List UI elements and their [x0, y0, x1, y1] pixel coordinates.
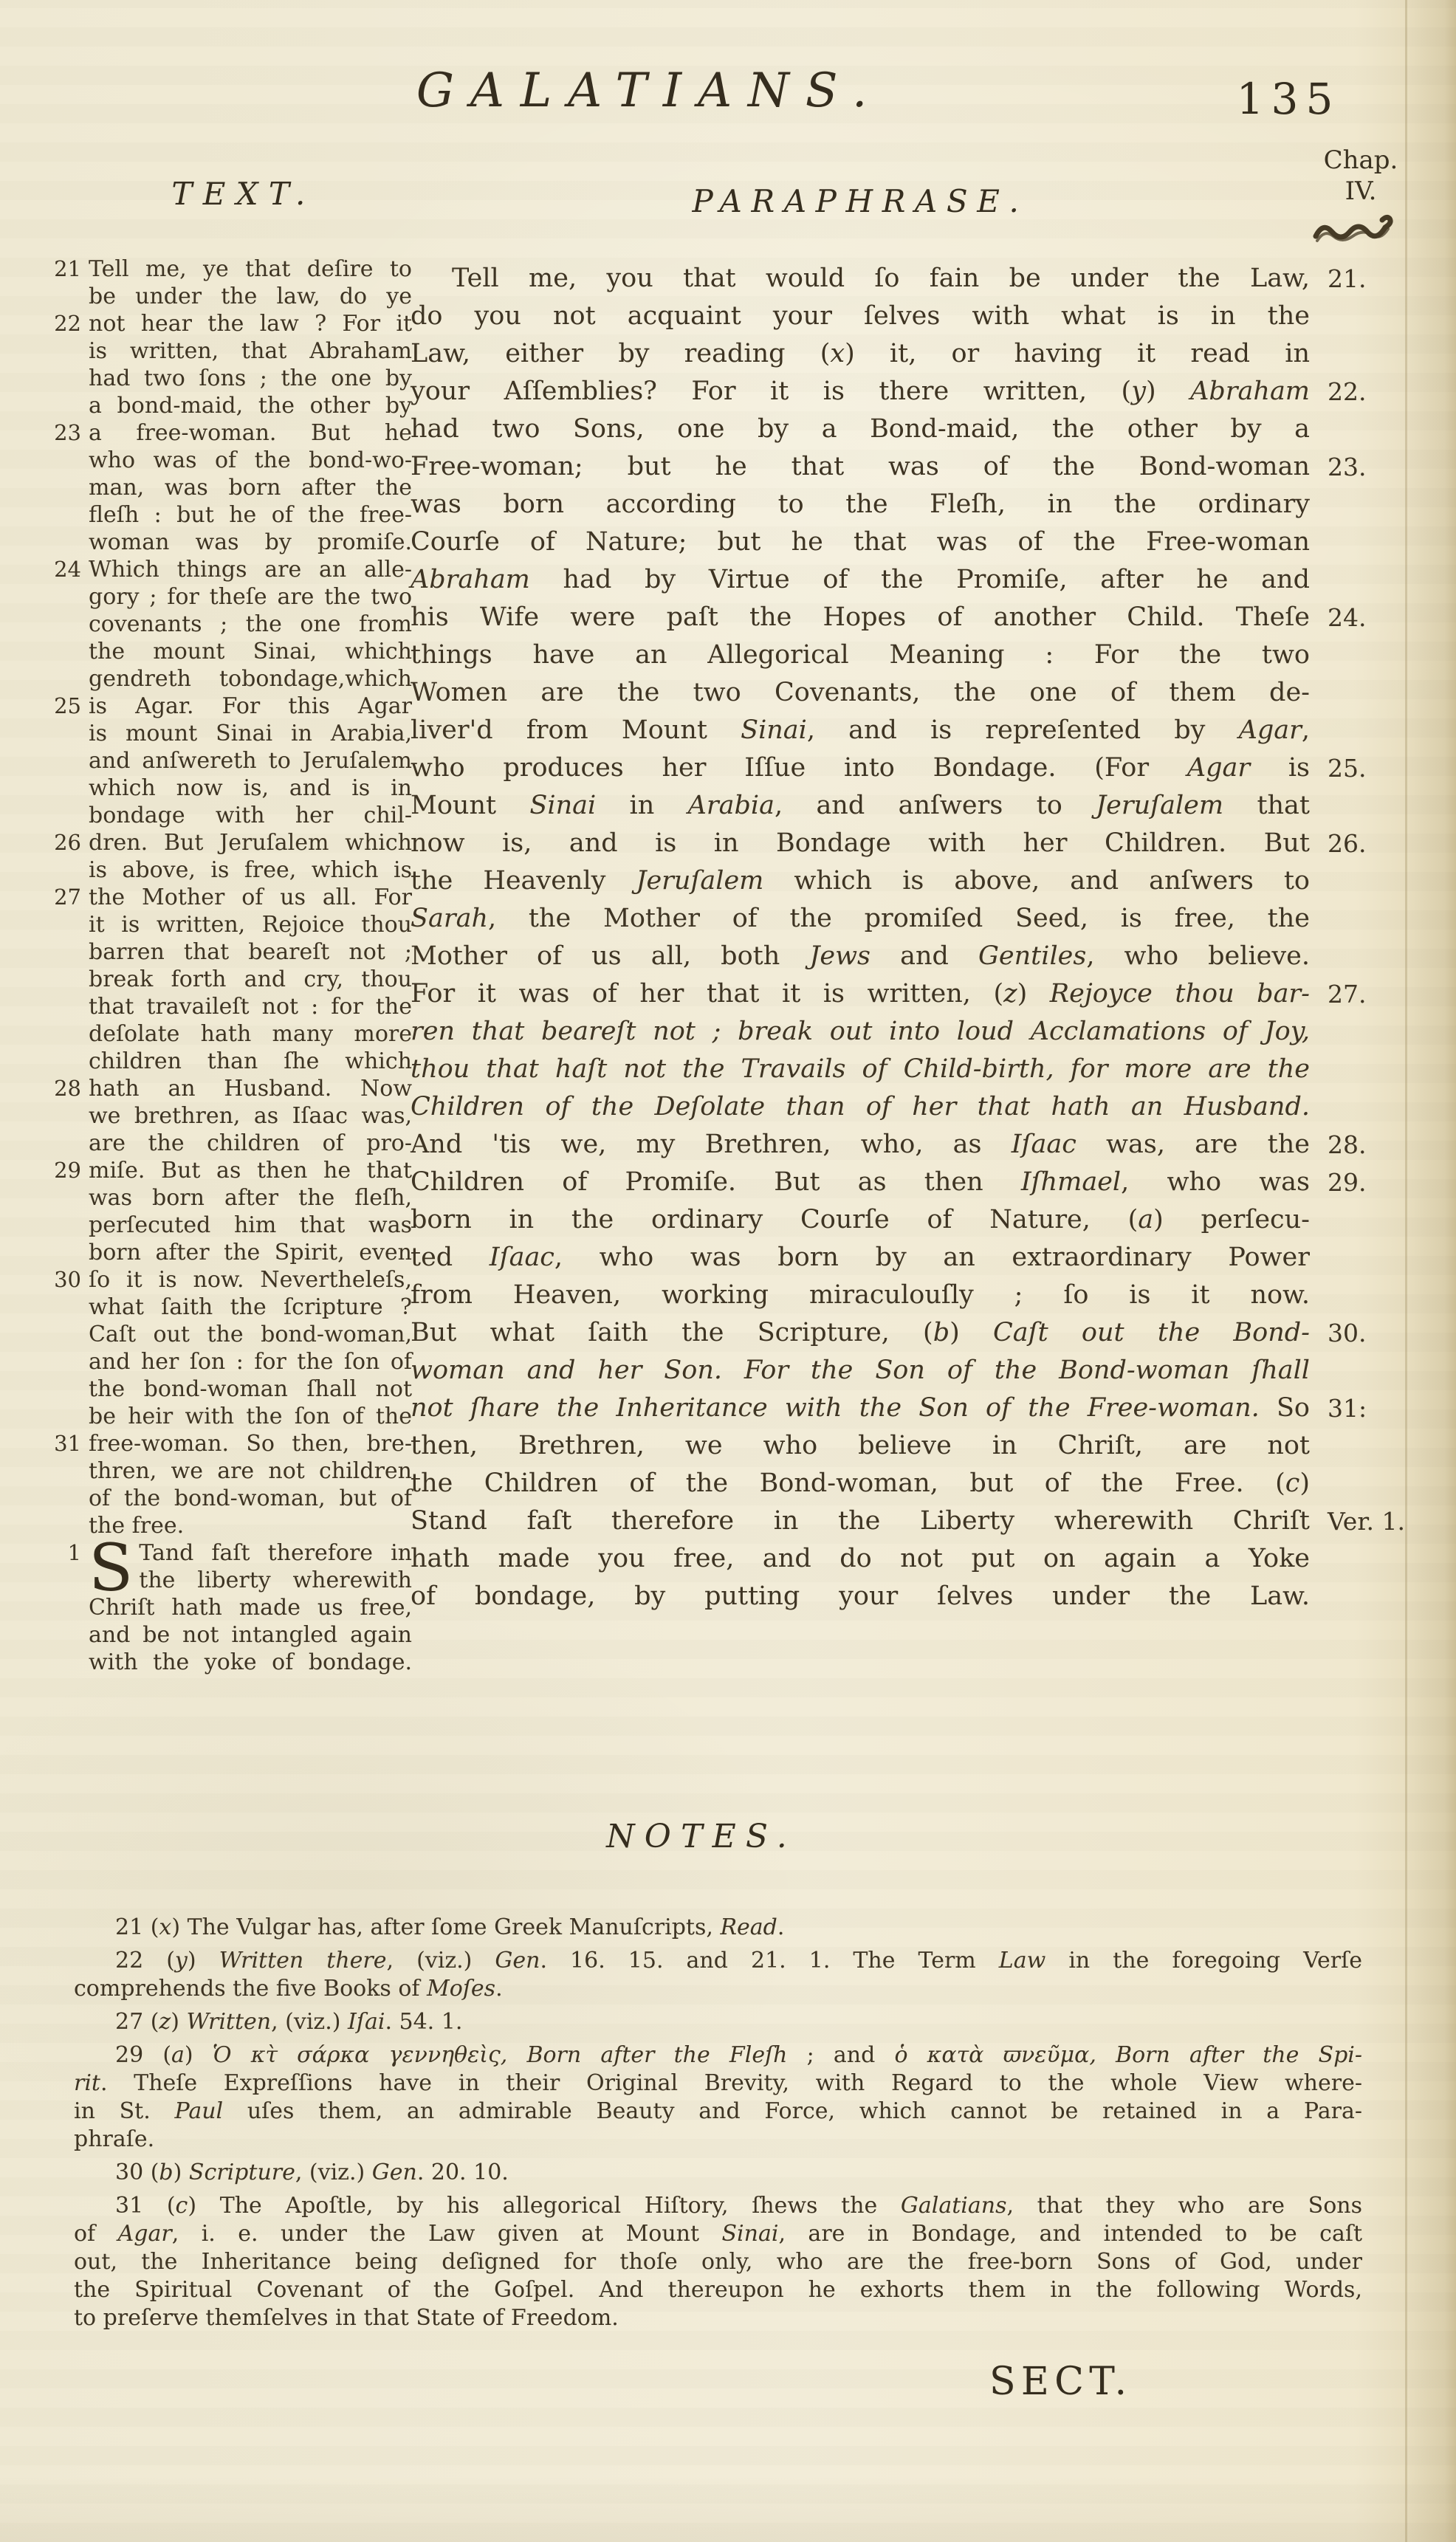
- italic-text: Agar: [118, 2221, 172, 2247]
- italic-text: Sinai: [741, 715, 807, 745]
- roman-text: 29 (: [115, 2042, 171, 2068]
- roman-text: your Aſſemblies? For it is there written…: [411, 377, 1131, 406]
- paraphrase-line-text: hath made you free, and do not put on ag…: [411, 1540, 1310, 1578]
- italic-text: Scripture: [189, 2160, 295, 2185]
- italic-text: Iſai: [348, 2009, 385, 2035]
- roman-text: , (viz.): [387, 1948, 495, 1974]
- text-line: that travaileſt not : for the: [89, 993, 412, 1020]
- paraphrase-line: Free-woman; but he that was of the Bond-…: [411, 448, 1310, 486]
- roman-text: do you not acquaint your ſelves with wha…: [411, 301, 1310, 331]
- roman-text: and her ſon : for the ſon of: [89, 1349, 412, 1375]
- paraphrase-line: For it was of her that it is written, (z…: [411, 975, 1310, 1013]
- paraphrase-line: Mother of us all, both Jews and Gentiles…: [411, 938, 1310, 975]
- paraphrase-line-text: things have an Allegorical Meaning : For…: [411, 636, 1310, 674]
- note-paragraph: 22 (y) Written there, (viz.) Gen. 16. 15…: [74, 1947, 1362, 2003]
- italic-text: z: [159, 2009, 171, 2035]
- roman-text: of bondage, by putting your ſelves under…: [411, 1581, 1310, 1611]
- paraphrase-line: the Heavenly Jeruſalem which is above, a…: [411, 862, 1310, 900]
- verse-text: dren. But Jeruſalem whichis above, is fr…: [89, 829, 412, 884]
- italic-text: a: [1138, 1205, 1153, 1234]
- text-line: fleſh : but he of the free-: [89, 501, 412, 529]
- roman-text: Chriſt hath made us free,: [89, 1595, 412, 1621]
- roman-text: gory ; for theſe are the two: [89, 584, 412, 610]
- italic-text: Ὁ κτ̀ σάρκα γεννηθεὶς, Born after the Fl…: [213, 2042, 788, 2068]
- verse-text: Tell me, ye that deſire tobe under the l…: [89, 255, 412, 310]
- text-line: a free-woman. But he: [89, 419, 412, 447]
- roman-text: had by Virtue of the Promiſe, after he a…: [530, 565, 1310, 594]
- roman-text: Mount: [411, 791, 529, 820]
- paraphrase-line-text: his Wife were paſt the Hopes of another …: [411, 599, 1310, 636]
- verse-number: 25: [43, 693, 89, 829]
- roman-text: But what ſaith the Scripture, (: [411, 1318, 933, 1347]
- roman-text: and anſwereth to Jeruſalem: [89, 748, 412, 774]
- roman-text: ): [174, 2160, 189, 2185]
- text-line: woman was by promiſe.: [89, 529, 412, 556]
- paraphrase-line: who produces her Iſſue into Bondage. (Fo…: [411, 749, 1310, 787]
- roman-text: and: [870, 941, 978, 971]
- note-paragraph: 30 (b) Scripture, (viz.) Gen. 20. 10.: [74, 2159, 1362, 2187]
- roman-text: Which things are an alle-: [89, 557, 412, 583]
- roman-text: man, was born after the: [89, 475, 412, 501]
- roman-text: barren that beareſt not ;: [89, 939, 412, 965]
- italic-text: z: [1003, 979, 1017, 1009]
- paraphrase-line: woman and her Son. For the Son of the Bo…: [411, 1352, 1310, 1389]
- roman-text: his Wife were paſt the Hopes of another …: [411, 602, 1310, 632]
- verse-block: 23a free-woman. But hewho was of the bon…: [43, 419, 412, 556]
- italic-text: thou that haſt not the Travails of Child…: [411, 1054, 1310, 1084]
- roman-text: Stand faſt therefore in the Liberty wher…: [411, 1506, 1310, 1536]
- text-line: thren, we are not children: [89, 1457, 412, 1485]
- text-column-heading: TEXT.: [66, 176, 421, 212]
- paraphrase-line-text: do you not acquaint your ſelves with wha…: [411, 298, 1310, 335]
- paraphrase-line: born in the ordinary Courſe of Nature, (…: [411, 1201, 1310, 1239]
- note-paragraph: 31 (c) The Apoſtle, by his allegorical H…: [74, 2192, 1362, 2332]
- italic-text: Jews: [809, 941, 870, 971]
- roman-text: ): [1146, 377, 1190, 406]
- roman-text: the Mother of us all. For: [89, 884, 412, 910]
- text-line: and be not intangled again: [89, 1621, 412, 1649]
- roman-text: had two Sons, one by a Bond-maid, the ot…: [411, 414, 1310, 444]
- paraphrase-line: Sarah, the Mother of the promiſed Seed, …: [411, 900, 1310, 938]
- roman-text: of: [74, 2221, 118, 2247]
- roman-text: . 20. 10.: [417, 2160, 509, 2185]
- verse-number: 23: [43, 419, 89, 556]
- paraphrase-line-text: Abraham had by Virtue of the Promiſe, af…: [411, 561, 1310, 599]
- italic-text: Jeruſalem: [1096, 791, 1223, 820]
- italic-text: not ſhare the Inheritance with the Son o…: [411, 1393, 1260, 1423]
- roman-text: , and is repreſented by: [807, 715, 1239, 745]
- paraphrase-line: do you not acquaint your ſelves with wha…: [411, 298, 1310, 335]
- italic-text: y: [175, 1948, 188, 1974]
- roman-text: , and anſwers to: [775, 791, 1096, 820]
- roman-text: , who believe.: [1086, 941, 1310, 971]
- paraphrase-line-text: Tell me, you that would ſo fain be under…: [411, 260, 1310, 298]
- italic-text: Galatians: [901, 2193, 1007, 2219]
- roman-text: that travaileſt not : for the: [89, 994, 412, 1020]
- text-line: be heir with the ſon of the: [89, 1403, 412, 1430]
- italic-text: Agar: [1239, 715, 1302, 745]
- text-line: bondage with her chil-: [89, 802, 412, 829]
- verse-text: free-woman. So then, bre-thren, we are n…: [89, 1430, 412, 1539]
- roman-text: , i. e. under the Law given at Mount: [172, 2221, 722, 2247]
- paraphrase-line: was born according to the Fleſh, in the …: [411, 486, 1310, 523]
- text-line: covenants ; the one from: [89, 611, 412, 638]
- roman-text: . 16. 15. and 21. 1. The Term: [540, 1948, 998, 1974]
- text-line: not hear the law ? For it: [89, 310, 412, 337]
- roman-text: was born after the fleſh,: [89, 1185, 412, 1211]
- text-line: which now is, and is in: [89, 774, 412, 802]
- italic-text: Gen: [495, 1948, 540, 1974]
- roman-text: bondage with her chil-: [89, 803, 412, 828]
- roman-text: . Theſe Expreſſions have in their Origin…: [100, 2070, 1362, 2096]
- note-paragraph: 29 (a) Ὁ κτ̀ σάρκα γεννηθεὶς, Born after…: [74, 2041, 1362, 2154]
- roman-text: hath made you free, and do not put on ag…: [411, 1544, 1310, 1573]
- paraphrase-line-text: liver'd from Mount Sinai, and is repreſe…: [411, 712, 1310, 749]
- book-page-scan: GALATIANS. 135 Chap. IV. TEXT. PARAPHRAS…: [0, 0, 1456, 2542]
- roman-text: , that they who are Sons: [1006, 2193, 1362, 2219]
- text-line: gory ; for theſe are the two: [89, 583, 412, 611]
- italic-text: Paul: [175, 2098, 224, 2124]
- italic-text: Law: [999, 1948, 1046, 1974]
- roman-text: ſo it is now. Nevertheleſs,: [89, 1267, 412, 1293]
- italic-text: x: [159, 1914, 171, 1940]
- paraphrase-line-text: But what ſaith the Scripture, (b) Caſt o…: [411, 1314, 1310, 1352]
- paraphrase-line: things have an Allegorical Meaning : For…: [411, 636, 1310, 674]
- roman-text: is written, that Abraham: [89, 338, 412, 364]
- italic-text: Caſt out the Bond-: [993, 1318, 1310, 1347]
- roman-text: , (viz.): [295, 2160, 372, 2185]
- verse-block: 30ſo it is now. Nevertheleſs,what ſaith …: [43, 1266, 412, 1430]
- roman-text: ) The Apoſtle, by his allegorical Hiſtor…: [188, 2193, 901, 2219]
- roman-text: is: [1250, 753, 1310, 783]
- roman-text: 21 (: [115, 1914, 159, 1940]
- paraphrase-line-text: your Aſſemblies? For it is there written…: [411, 373, 1310, 411]
- text-line: are the children of pro-: [89, 1130, 412, 1157]
- roman-text: Tand faſt therefore in: [139, 1540, 412, 1566]
- roman-text: Women are the two Covenants, the one of …: [411, 678, 1310, 707]
- roman-text: with the yoke of bondage.: [89, 1649, 412, 1675]
- roman-text: ): [950, 1318, 993, 1347]
- paraphrase-line-text: Mount Sinai in Arabia, and anſwers to Je…: [411, 787, 1310, 825]
- italic-text: x: [830, 339, 845, 368]
- roman-text: born in the ordinary Courſe of Nature, (: [411, 1205, 1138, 1234]
- roman-text: is Agar. For this Agar: [89, 693, 412, 719]
- paraphrase-line: Stand faſt therefore in the Liberty wher…: [411, 1502, 1310, 1540]
- paraphrase-line: his Wife were paſt the Hopes of another …: [411, 599, 1310, 636]
- text-line: was born after the fleſh,: [89, 1184, 412, 1212]
- italic-text: c: [176, 2193, 188, 2219]
- text-line: with the yoke of bondage.: [89, 1649, 412, 1676]
- text-line: the free.: [89, 1512, 412, 1539]
- paraphrase-line: had two Sons, one by a Bond-maid, the ot…: [411, 411, 1310, 448]
- italic-text: Iſaac: [1012, 1130, 1076, 1159]
- roman-text: ) it, or having it read in: [845, 339, 1310, 368]
- italic-text: woman and her Son. For the Son of the Bo…: [411, 1356, 1310, 1385]
- roman-text: a bond-maid, the other by: [89, 393, 412, 419]
- roman-text: Courſe of Nature; but he that was of the…: [411, 527, 1310, 557]
- paraphrase-line: your Aſſemblies? For it is there written…: [411, 373, 1310, 411]
- paraphrase-line: hath made you free, and do not put on ag…: [411, 1540, 1310, 1578]
- text-line: deſolate hath many more: [89, 1020, 412, 1048]
- roman-text: 31 (: [115, 2193, 176, 2219]
- roman-text: , who was: [1121, 1167, 1310, 1197]
- note-line: of Agar, i. e. under the Law given at Mo…: [74, 2220, 1362, 2248]
- verse-number: 27: [43, 884, 89, 1075]
- text-line: Caſt out the bond-woman,: [89, 1321, 412, 1348]
- paraphrase-column-body: Tell me, you that would ſo fain be under…: [411, 260, 1310, 1615]
- text-line: is Agar. For this Agar: [89, 693, 412, 720]
- text-line: miſe. But as then he that: [89, 1157, 412, 1184]
- roman-text: covenants ; the one from: [89, 611, 412, 637]
- roman-text: children than ſhe which: [89, 1048, 412, 1074]
- text-column-body: 21Tell me, ye that deſire tobe under the…: [43, 255, 412, 1676]
- paraphrase-line-text: Stand faſt therefore in the Liberty wher…: [411, 1502, 1310, 1540]
- text-line: is above, is free, which is: [89, 856, 412, 884]
- roman-text: in St.: [74, 2098, 175, 2124]
- roman-text: free-woman. So then, bre-: [89, 1431, 412, 1457]
- text-line: children than ſhe which: [89, 1048, 412, 1075]
- verse-block: 22not hear the law ? For itis written, t…: [43, 310, 412, 419]
- roman-text: Mother of us all, both: [411, 941, 809, 971]
- roman-text: that: [1223, 791, 1310, 820]
- roman-text: So: [1260, 1393, 1310, 1423]
- note-line: 27 (z) Written, (viz.) Iſai. 54. 1.: [74, 2008, 1362, 2036]
- paraphrase-line: thou that haſt not the Travails of Child…: [411, 1051, 1310, 1088]
- text-line: barren that beareſt not ;: [89, 938, 412, 966]
- paraphrase-line-text: ren that beareſt not ; break out into lo…: [411, 1013, 1310, 1051]
- roman-text: now is, and is in Bondage with her Child…: [411, 828, 1310, 858]
- italic-text: rit: [74, 2070, 100, 2096]
- roman-text: Tell me, ye that deſire to: [89, 256, 412, 282]
- roman-text: of the bond-woman, but of: [89, 1485, 412, 1511]
- text-line: who was of the bond-wo-: [89, 447, 412, 474]
- roman-text: in the foregoing Verſe: [1045, 1948, 1362, 1974]
- note-line: phraſe.: [74, 2126, 1362, 2154]
- verse-block: 26dren. But Jeruſalem whichis above, is …: [43, 829, 412, 884]
- roman-text: out, the Inheritance being deſigned for …: [74, 2249, 1362, 2275]
- verse-text: a free-woman. But hewho was of the bond-…: [89, 419, 412, 556]
- text-line: Which things are an alle-: [89, 556, 412, 583]
- italic-text: Children of the Deſolate than of her tha…: [411, 1092, 1310, 1121]
- verse-text: is Agar. For this Agaris mount Sinai in …: [89, 693, 412, 829]
- text-line: born after the Spirit, even: [89, 1239, 412, 1266]
- note-line: 22 (y) Written there, (viz.) Gen. 16. 15…: [74, 1947, 1362, 1975]
- italic-text: y: [1131, 377, 1146, 406]
- roman-text: deſolate hath many more: [89, 1021, 412, 1047]
- text-line: is written, that Abraham: [89, 337, 412, 365]
- text-line: of the bond-woman, but of: [89, 1485, 412, 1512]
- text-line: it is written, Rejoice thou: [89, 911, 412, 938]
- note-line: 31 (c) The Apoſtle, by his allegorical H…: [74, 2192, 1362, 2220]
- roman-text: miſe. But as then he that: [89, 1158, 412, 1184]
- text-line: the Mother of us all. For: [89, 884, 412, 911]
- text-line: a bond-maid, the other by: [89, 392, 412, 419]
- roman-text: what ſaith the ſcripture ?: [89, 1294, 412, 1320]
- roman-text: , (viz.): [271, 2009, 348, 2035]
- note-line: out, the Inheritance being deſigned for …: [74, 2248, 1362, 2276]
- roman-text: ): [185, 2042, 213, 2068]
- roman-text: born after the Spirit, even: [89, 1240, 412, 1265]
- roman-text: hath an Husband. Now: [89, 1076, 412, 1102]
- chapter-label: Chap.: [1305, 145, 1416, 176]
- roman-text: Tell me, you that would ſo fain be under…: [452, 264, 1310, 293]
- roman-text: For it was of her that it is written, (: [411, 979, 1003, 1009]
- paraphrase-line-text: born in the ordinary Courſe of Nature, (…: [411, 1201, 1310, 1239]
- paraphrase-line: But what ſaith the Scripture, (b) Caſt o…: [411, 1314, 1310, 1352]
- text-line: free-woman. So then, bre-: [89, 1430, 412, 1457]
- paraphrase-line-text: had two Sons, one by a Bond-maid, the ot…: [411, 411, 1310, 448]
- italic-text: Gentiles: [978, 941, 1086, 971]
- italic-text: Gen: [372, 2160, 417, 2185]
- paraphrase-line-text: of bondage, by putting your ſelves under…: [411, 1578, 1310, 1615]
- paraphrase-line-text: then, Brethren, we who believe in Chriſt…: [411, 1427, 1310, 1465]
- roman-text: ,: [1302, 715, 1310, 745]
- roman-text: , are in Bondage, and intended to be caſ…: [778, 2221, 1362, 2247]
- verse-block: 24Which things are an alle-gory ; for th…: [43, 556, 412, 693]
- page-title: GALATIANS.: [295, 63, 1004, 118]
- roman-text: Children of Promiſe. But as then: [411, 1167, 1021, 1197]
- paraphrase-line-text: who produces her Iſſue into Bondage. (Fo…: [411, 749, 1310, 787]
- verse-text: not hear the law ? For itis written, tha…: [89, 310, 412, 419]
- italic-text: b: [933, 1318, 950, 1347]
- text-line: gendreth tobondage,which: [89, 665, 412, 693]
- note-line: comprehends the five Books of Moſes.: [74, 1975, 1362, 2003]
- italic-text: Agar: [1187, 753, 1250, 783]
- text-line: ſo it is now. Nevertheleſs,: [89, 1266, 412, 1294]
- paraphrase-line-text: Women are the two Covenants, the one of …: [411, 674, 1310, 712]
- paraphrase-line-text: Mother of us all, both Jews and Gentiles…: [411, 938, 1310, 975]
- italic-text: Read: [720, 1914, 777, 1940]
- text-line: Chriſt hath made us free,: [89, 1594, 412, 1621]
- text-line: hath an Husband. Now: [89, 1075, 412, 1102]
- roman-text: to preſerve themſelves in that State of …: [74, 2305, 619, 2331]
- roman-text: from Heaven, working miraculouſly ; ſo i…: [411, 1280, 1310, 1310]
- italic-text: Abraham: [411, 565, 530, 594]
- note-line: the Spiritual Covenant of the Goſpel. An…: [74, 2276, 1362, 2304]
- verse-number: 24: [43, 556, 89, 693]
- paraphrase-line-text: woman and her Son. For the Son of the Bo…: [411, 1352, 1310, 1389]
- text-line: Tell me, ye that deſire to: [89, 255, 412, 283]
- page-bottom-shading: [0, 2476, 1456, 2542]
- roman-text: we brethren, as Iſaac was,: [89, 1103, 412, 1129]
- paraphrase-line-text: For it was of her that it is written, (z…: [411, 975, 1310, 1013]
- note-line: in St. Paul uſes them, an admirable Beau…: [74, 2098, 1362, 2126]
- paraphrase-line-text: ted Iſaac, who was born by an extraordin…: [411, 1239, 1310, 1277]
- roman-text: the bond-woman ſhall not: [89, 1376, 412, 1402]
- roman-text: uſes them, an admirable Beauty and Force…: [223, 2098, 1362, 2124]
- verse-number: 26: [43, 829, 89, 884]
- paraphrase-line: ren that beareſt not ; break out into lo…: [411, 1013, 1310, 1051]
- roman-text: who produces her Iſſue into Bondage. (Fo…: [411, 753, 1187, 783]
- verse-text: the Mother of us all. Forit is written, …: [89, 884, 412, 1075]
- roman-text: .: [777, 1914, 785, 1940]
- verse-number: 21: [43, 255, 89, 310]
- roman-text: the Heavenly: [411, 866, 636, 896]
- roman-text: be under the law, do ye: [89, 284, 412, 309]
- text-line: the bond-woman ſhall not: [89, 1375, 412, 1403]
- paraphrase-line: now is, and is in Bondage with her Child…: [411, 825, 1310, 862]
- roman-text: ted: [411, 1243, 490, 1272]
- paraphrase-line-text: And 'tis we, my Brethren, who, as Iſaac …: [411, 1126, 1310, 1164]
- italic-text: Moſes: [427, 1976, 495, 2002]
- roman-text: ) The Vulgar has, after ſome Greek Manuſ…: [171, 1914, 720, 1940]
- paraphrase-line-text: the Children of the Bond-woman, but of t…: [411, 1465, 1310, 1502]
- roman-text: ): [188, 1948, 219, 1974]
- roman-text: is mount Sinai in Arabia,: [89, 721, 412, 746]
- verse-number: 31: [43, 1430, 89, 1539]
- catchword: SECT.: [989, 2360, 1132, 2404]
- italic-text: c: [1285, 1468, 1300, 1498]
- roman-text: which now is, and is in: [89, 775, 412, 801]
- verse-block: 21Tell me, ye that deſire tobe under the…: [43, 255, 412, 310]
- verse-block: 31free-woman. So then, bre-thren, we are…: [43, 1430, 412, 1539]
- text-line: the mount Sinai, which: [89, 638, 412, 665]
- roman-text: had two ſons ; the one by: [89, 365, 412, 391]
- text-line: be under the law, do ye: [89, 283, 412, 310]
- verse-number: 30: [43, 1266, 89, 1430]
- roman-text: . 54. 1.: [385, 2009, 462, 2035]
- paraphrase-line: liver'd from Mount Sinai, and is repreſe…: [411, 712, 1310, 749]
- paraphrase-line-text: not ſhare the Inheritance with the Son o…: [411, 1389, 1310, 1427]
- verse-text: Which things are an alle-gory ; for theſ…: [89, 556, 412, 693]
- paraphrase-line: Women are the two Covenants, the one of …: [411, 674, 1310, 712]
- roman-text: dren. But Jeruſalem which: [89, 830, 412, 856]
- roman-text: ): [1017, 979, 1050, 1009]
- paraphrase-line-text: Free-woman; but he that was of the Bond-…: [411, 448, 1310, 486]
- paraphrase-line: from Heaven, working miraculouſly ; ſo i…: [411, 1277, 1310, 1314]
- italic-text: Iſhmael: [1021, 1167, 1121, 1197]
- verse-block: 27the Mother of us all. Forit is written…: [43, 884, 412, 1075]
- text-line: man, was born after the: [89, 474, 412, 501]
- chapter-marker: Chap. IV.: [1305, 145, 1416, 207]
- paraphrase-line: ted Iſaac, who was born by an extraordin…: [411, 1239, 1310, 1277]
- paraphrase-column-heading: PARAPHRASE.: [413, 183, 1307, 219]
- italic-text: Arabia: [688, 791, 775, 820]
- verse-block: 29miſe. But as then he thatwas born afte…: [43, 1157, 412, 1266]
- drop-cap: S: [89, 1539, 139, 1594]
- text-line: dren. But Jeruſalem which: [89, 829, 412, 856]
- paraphrase-line: Law, either by reading (x) it, or having…: [411, 335, 1310, 373]
- roman-text: is above, is free, which is: [89, 857, 412, 883]
- chapter-numeral: IV.: [1305, 176, 1416, 207]
- roman-text: the Children of the Bond-woman, but of t…: [411, 1468, 1285, 1498]
- paraphrase-line-text: the Heavenly Jeruſalem which is above, a…: [411, 862, 1310, 900]
- italic-text: ren that beareſt not ; break out into lo…: [411, 1017, 1310, 1046]
- paraphrase-line: Children of Promiſe. But as then Iſhmael…: [411, 1164, 1310, 1201]
- roman-text: ): [171, 2009, 186, 2035]
- text-line: what ſaith the ſcripture ?: [89, 1294, 412, 1321]
- italic-text: Sinai: [722, 2221, 779, 2247]
- paraphrase-line: then, Brethren, we who believe in Chriſt…: [411, 1427, 1310, 1465]
- paraphrase-line: Children of the Deſolate than of her tha…: [411, 1088, 1310, 1126]
- italic-text: Written there: [219, 1948, 387, 1974]
- roman-text: the liberty wherewith: [139, 1567, 412, 1593]
- note-paragraph: 21 (x) The Vulgar has, after ſome Greek …: [74, 1914, 1362, 1942]
- roman-text: .: [495, 1976, 503, 2002]
- roman-text: which is above, and anſwers to: [763, 866, 1310, 896]
- roman-text: it is written, Rejoice thou: [89, 912, 412, 938]
- roman-text: are the children of pro-: [89, 1130, 412, 1156]
- verse-text: ſo it is now. Nevertheleſs,what ſaith th…: [89, 1266, 412, 1430]
- roman-text: Free-woman; but he that was of the Bond-…: [411, 452, 1310, 481]
- notes-body: 21 (x) The Vulgar has, after ſome Greek …: [74, 1914, 1362, 2337]
- italic-text: Iſaac: [490, 1243, 554, 1272]
- note-line: 29 (a) Ὁ κτ̀ σάρκα γεννηθεὶς, Born after…: [74, 2041, 1362, 2069]
- italic-text: Sarah: [411, 904, 488, 933]
- roman-text: liver'd from Mount: [411, 715, 741, 745]
- text-line: perſecuted him that was: [89, 1212, 412, 1239]
- italic-text: Written: [186, 2009, 271, 2035]
